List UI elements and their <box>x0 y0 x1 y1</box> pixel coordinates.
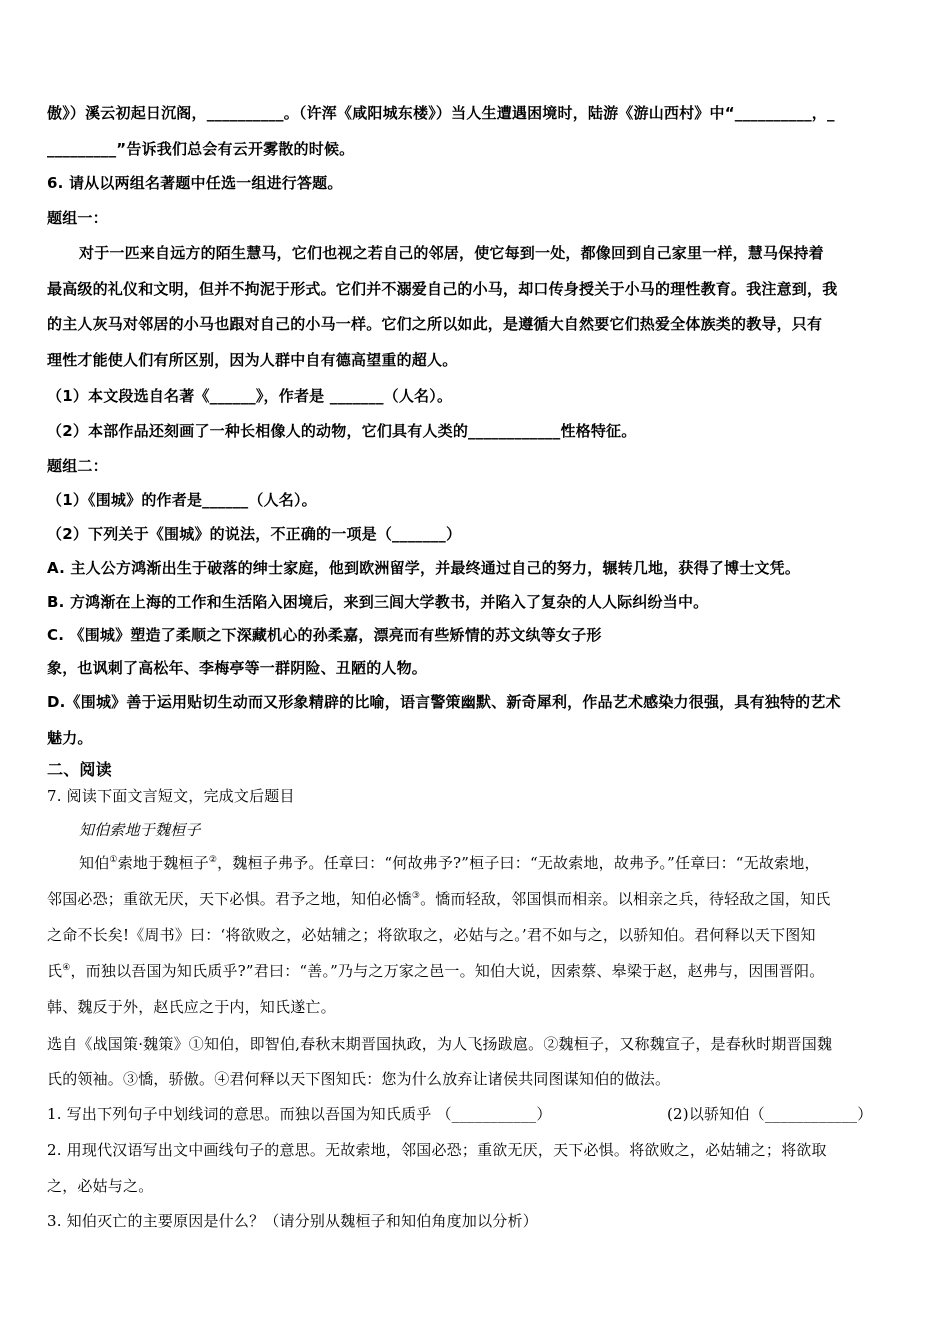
passage-text: 。憍而轻敌，邻国惧而相亲。以相亲之兵，待轻敌之国，知氏 <box>420 890 830 908</box>
footnotes-line: 选自《战国策·魏策》①知伯，即智伯,春秋末期晋国执政，为人飞扬跋扈。②魏桓子，又… <box>47 1034 832 1054</box>
passage-line: 之命不长矣!《周书》曰：‘将欲败之，必姑辅之；将欲取之，必姑与之。’君不如与之，… <box>47 925 816 945</box>
option-c: C. 《围城》塑造了柔顺之下深藏机心的孙柔嘉，漂亮而有些矫情的苏文纨等女子形 <box>47 625 602 645</box>
sub-question-1-part-2: (2)以骄知伯（____________） <box>667 1104 872 1124</box>
group-2-label: 题组二： <box>47 456 108 476</box>
passage-line: 氏④，而独以吾国为知氏质乎?”君曰：“善。”乃与之万家之邑一。知伯大说，因索蔡、… <box>47 961 824 981</box>
passage-text: 邻国必恐；重欲无厌，天下必惧。君予之地，知伯必憍 <box>47 890 412 908</box>
fill-in-line-1: 傲》）溪云初起日沉阁，__________。（许浑《咸阳城东楼》）当人生遭遇困境… <box>47 103 835 123</box>
group-1-passage-line: 最高级的礼仪和文明，但并不拘泥于形式。它们并不溺爱自己的小马，却口传身授关于小马… <box>47 279 837 299</box>
footnote-marker: ① <box>109 855 117 865</box>
sub-question-3: 3. 知伯灭亡的主要原因是什么？（请分别从魏桓子和知伯角度加以分析） <box>47 1211 538 1231</box>
group-1-passage-line: 对于一匹来自远方的陌生慧马，它们也视之若自己的邻居，使它每到一处，都像回到自己家… <box>79 243 824 263</box>
sub-question-1: 1. 写出下列句子中划线词的意思。而独以吾国为知氏质乎 （___________… <box>47 1104 552 1124</box>
passage-text: 索地于魏桓子 <box>118 854 209 872</box>
footnotes-line: 氏的领袖。③憍，骄傲。④君何释以天下图知氏：您为什么放弃让诸侯共同图谋知伯的做法… <box>47 1069 670 1089</box>
option-c-continued: 象，也讽刺了高松年、李梅亭等一群阴险、丑陋的人物。 <box>47 658 427 678</box>
sub-question-2: 2. 用现代汉语写出文中画线句子的意思。无故索地，邻国必恐；重欲无厌，天下必惧。… <box>47 1140 827 1160</box>
group-2-question-2: （2）下列关于《围城》的说法，不正确的一项是（_______） <box>47 524 461 544</box>
passage-text: ，而独以吾国为知氏质乎?”君曰：“善。”乃与之万家之邑一。知伯大说，因索蔡、皋梁… <box>70 962 824 980</box>
question-6-prompt: 6. 请从以两组名著题中任选一组进行答题。 <box>47 173 343 193</box>
passage-line: 知伯①索地于魏桓子②，魏桓子弗予。任章曰：“何故弗予?”桓子曰：“无故索地，故弗… <box>79 853 820 873</box>
option-d: D.《围城》善于运用贴切生动而又形象精辟的比喻，语言警策幽默、新奇犀利，作品艺术… <box>47 692 841 712</box>
fill-in-line-2: _________”告诉我们总会有云开雾散的时候。 <box>47 139 354 159</box>
passage-line: 邻国必恐；重欲无厌，天下必惧。君予之地，知伯必憍③。憍而轻敌，邻国惧而相亲。以相… <box>47 889 831 909</box>
question-7-prompt: 7. 阅读下面文言短文，完成文后题目 <box>47 786 295 806</box>
passage-text: 知伯 <box>79 854 109 872</box>
footnote-marker: ③ <box>412 891 420 901</box>
option-a: A. 主人公方鸿渐出生于破落的绅士家庭，他到欧洲留学，并最终通过自己的努力，辗转… <box>47 558 800 578</box>
passage-text: 氏 <box>47 962 62 980</box>
group-1-passage-line: 理性才能使人们有所区别，因为人群中自有德高望重的超人。 <box>47 350 457 370</box>
passage-text: ，魏桓子弗予。任章曰：“何故弗予?”桓子曰：“无故索地，故弗予。”任章曰：“无故… <box>217 854 820 872</box>
option-d-continued: 魅力。 <box>47 728 93 748</box>
group-1-question-2: （2）本部作品还刻画了一种长相像人的动物，它们具有人类的____________… <box>47 421 636 441</box>
sub-question-2-continued: 之，必姑与之。 <box>47 1176 153 1196</box>
passage-line: 韩、魏反于外，赵氏应之于内，知氏遂亡。 <box>47 997 336 1017</box>
footnote-marker: ② <box>209 855 217 865</box>
passage-title: 知伯索地于魏桓子 <box>79 820 201 840</box>
group-1-label: 题组一： <box>47 208 108 228</box>
section-heading: 二、阅读 <box>47 760 112 780</box>
option-b: B. 方鸿渐在上海的工作和生活陷入困境后，来到三闾大学教书，并陷入了复杂的人人际… <box>47 592 708 612</box>
group-2-question-1: （1）《围城》的作者是______（人名）。 <box>47 490 317 510</box>
exam-page: 傲》）溪云初起日沉阁，__________。（许浑《咸阳城东楼》）当人生遭遇困境… <box>0 0 950 1344</box>
group-1-passage-line: 的主人灰马对邻居的小马也跟对自己的小马一样。它们之所以如此，是遵循大自然要它们热… <box>47 314 822 334</box>
group-1-question-1: （1）本文段选自名著《______》，作者是 _______（人名）。 <box>47 386 452 406</box>
